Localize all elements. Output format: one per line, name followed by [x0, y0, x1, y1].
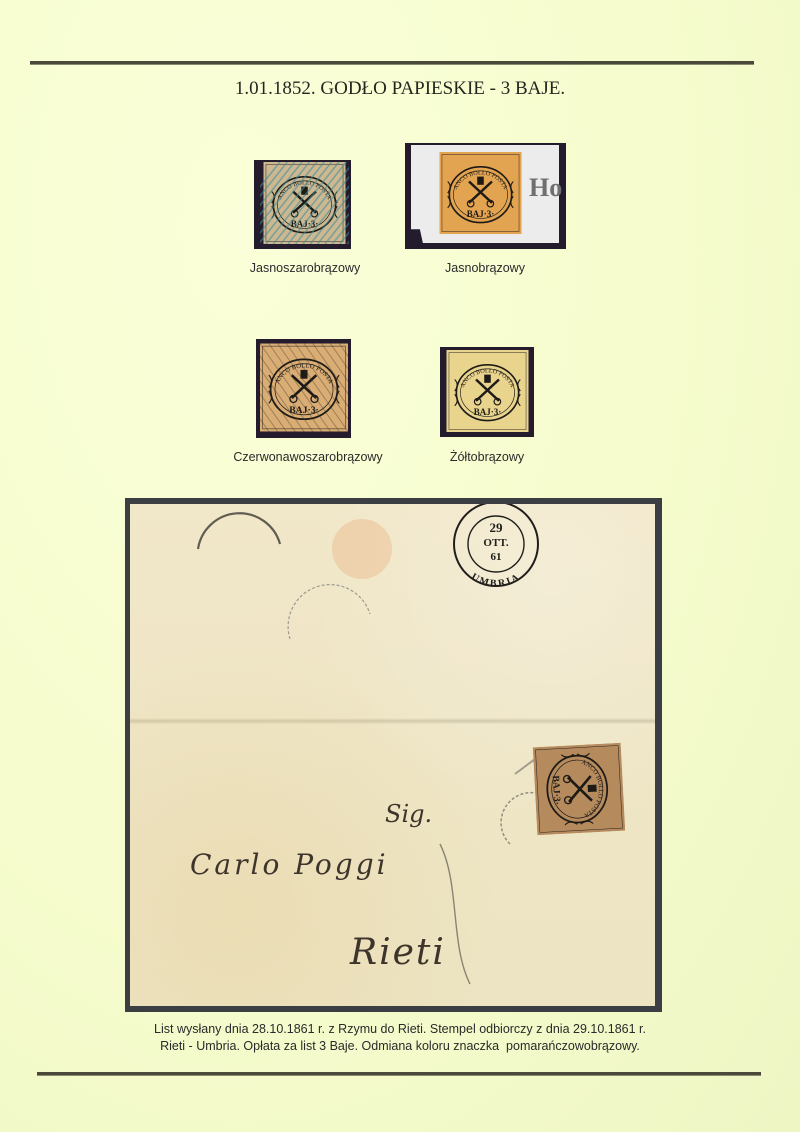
stamp-image-3: FRANCO BOLLO POSTALE BAJ·3· — [260, 342, 348, 433]
svg-text:Rieti: Rieti — [349, 932, 446, 973]
stamp-mount-2: Ho FRANCO BOLLO POSTALE BAJ·3· — [405, 143, 566, 249]
cover-stamp: FRANCO BOLLO POSTALE BAJ·3· — [533, 742, 626, 836]
stamp-image-4: FRANCO BOLLO POSTALE BAJ·3· — [444, 350, 531, 432]
svg-text:BAJ·3·: BAJ·3· — [467, 209, 495, 219]
top-divider — [30, 61, 754, 64]
stamp-caption-3: Czerwonawoszarobrązowy — [218, 450, 398, 464]
fragment-postmark-partial: Ho — [529, 173, 562, 203]
description-line-1: List wysłany dnia 28.10.1861 r. z Rzymu … — [0, 1021, 800, 1038]
stamp-image-1: FRANCO BOLLO POSTALE BAJ·3· — [260, 162, 349, 244]
svg-text:Sig.: Sig. — [385, 800, 432, 828]
svg-text:UMBRIA: UMBRIA — [469, 571, 523, 589]
svg-text:BAJ·3·: BAJ·3· — [550, 775, 563, 805]
stamp-caption-1: Jasnoszarobrązowy — [240, 261, 370, 275]
stamp-mount-4: FRANCO BOLLO POSTALE BAJ·3· — [440, 347, 534, 437]
stamp-mount-3: FRANCO BOLLO POSTALE BAJ·3· — [256, 339, 351, 438]
stamp-mount-1: FRANCO BOLLO POSTALE BAJ·3· — [254, 160, 351, 249]
cover-paper: 29 OTT. 61 UMBRIA Sig. Carlo Poggi Rieti… — [130, 504, 655, 1006]
stamp-image-2: FRANCO BOLLO POSTALE BAJ·3· — [437, 152, 524, 234]
svg-text:Carlo Poggi: Carlo Poggi — [190, 848, 389, 881]
page-title: 1.01.1852. GODŁO PAPIESKIE - 3 BAJE. — [0, 78, 800, 100]
cover-description: List wysłany dnia 28.10.1861 r. z Rzymu … — [0, 1021, 800, 1055]
description-line-2: Rieti - Umbria. Opłata za list 3 Baje. O… — [0, 1038, 800, 1055]
svg-text:29: 29 — [490, 520, 504, 535]
bottom-divider — [37, 1072, 761, 1075]
postal-cover: 29 OTT. 61 UMBRIA Sig. Carlo Poggi Rieti… — [125, 498, 662, 1012]
svg-text:61: 61 — [491, 551, 502, 563]
svg-text:OTT.: OTT. — [483, 537, 508, 549]
stamp-caption-2: Jasnobrązowy — [420, 261, 550, 275]
svg-text:BAJ·3·: BAJ·3· — [474, 407, 502, 417]
stamp-caption-4: Żółtobrązowy — [422, 450, 552, 464]
